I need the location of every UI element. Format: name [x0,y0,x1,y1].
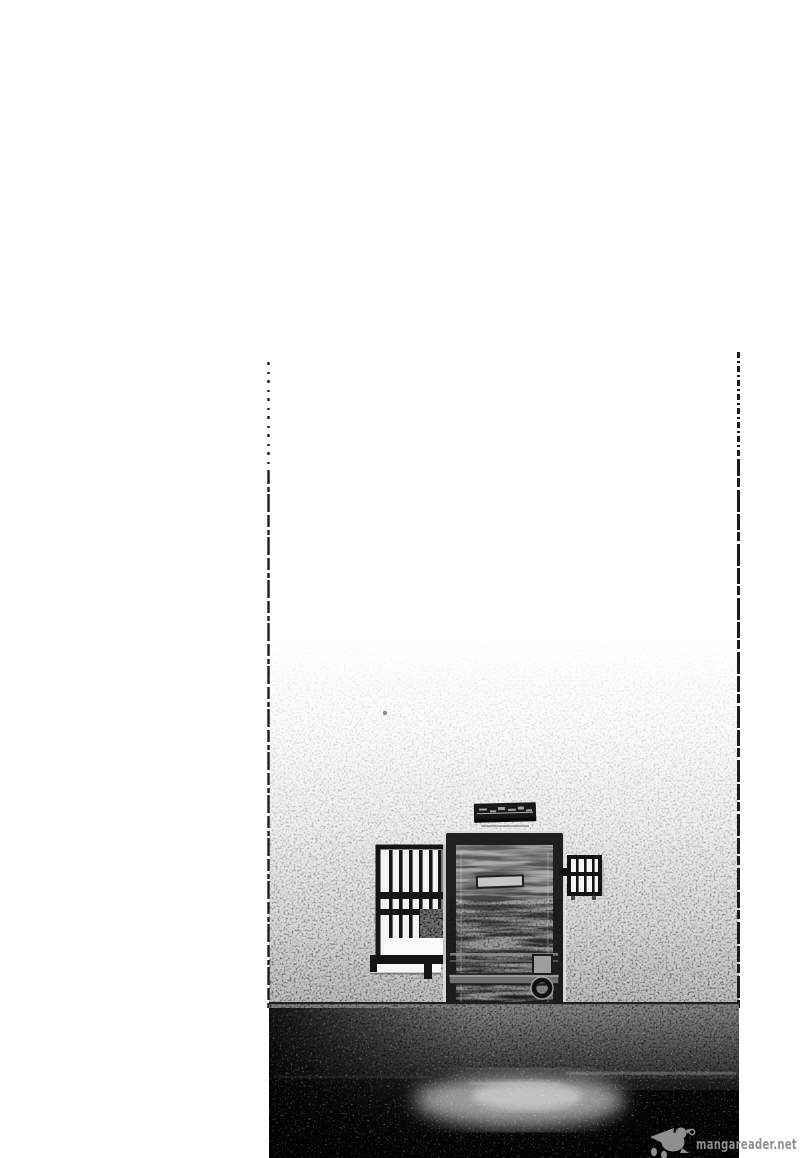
watermark-text: mangareader.net [696,1137,797,1153]
manga-panel-art: mangareader.net [0,0,800,1158]
door-slot [477,875,523,888]
wall-floor-junction-line [269,1002,739,1004]
nameplate-shadow [481,825,529,827]
barred-window-left [370,847,446,979]
manga-page[interactable]: mangareader.net [0,0,800,1158]
door-nameplate [474,802,536,823]
window-slot [384,938,443,957]
window-hatch-block [420,909,444,939]
wall-speck [383,711,387,715]
